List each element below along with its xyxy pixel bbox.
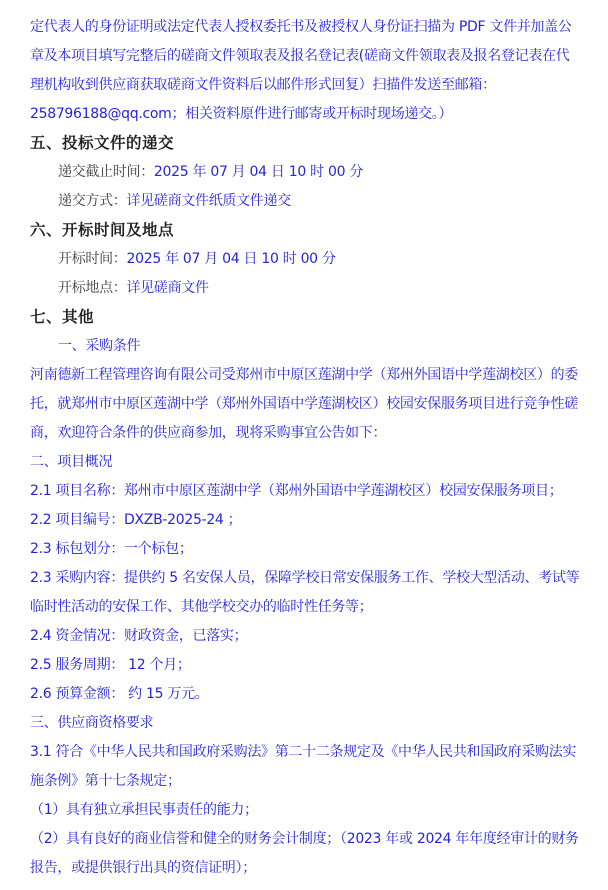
procurement-conditions-line: 河南德新工程管理咨询有限公司受郑州市中原区莲湖中学（郑州外国语中学莲湖校区）的委 [30,361,590,390]
intro-paragraph-line: 理机构收到供应商获取磋商文件资料后以邮件形式回复）扫描件发送至邮箱： [30,71,590,100]
qualification-item-line: （2）具有良好的商业信誉和健全的财务会计制度；（2023 年或 2024 年年度… [30,825,590,854]
procurement-content-item-line: 临时性活动的安保工作、其他学校交办的临时性任务等； [30,593,590,622]
procurement-conditions-line: 商，欢迎符合条件的供应商参加，现将采购事宜公告如下： [30,419,590,448]
lot-division-item: 2.3 标包划分：一个标包； [30,535,590,564]
intro-paragraph-line: 章及本项目填写完整后的磋商文件领取表及报名登记表(磋商文件领取表及报名登记表在代 [30,42,590,71]
submission-deadline-row: 递交截止时间：2025 年 07 月 04 日 10 时 00 分 [30,158,590,187]
intro-paragraph-line: 定代表人的身份证明或法定代表人授权委托书及被授权人身份证扫描为 PDF 文件并加… [30,13,590,42]
section7-heading: 七、其他 [30,303,590,332]
submission-deadline-value: 2025 年 07 月 04 日 10 时 00 分 [154,164,363,180]
supplier-qualification-list: 3.1 符合《中华人民共和国政府采购法》第二十二条规定及《中华人民共和国政府采购… [30,738,590,883]
submission-method-label: 递交方式： [58,193,127,209]
qualification-item-line: 报告，或提供银行出具的资信证明）； [30,854,590,883]
bid-opening-time-value: 2025 年 07 月 04 日 10 时 00 分 [127,251,336,267]
intro-paragraph: 定代表人的身份证明或法定代表人授权委托书及被授权人身份证扫描为 PDF 文件并加… [30,13,590,129]
submission-deadline-label: 递交截止时间： [58,164,154,180]
procurement-announcement-document: 定代表人的身份证明或法定代表人授权委托书及被授权人身份证扫描为 PDF 文件并加… [0,0,608,883]
procurement-conditions-paragraph: 河南德新工程管理咨询有限公司受郑州市中原区莲湖中学（郑州外国语中学莲湖校区）的委… [30,361,590,448]
section6-heading: 六、开标时间及地点 [30,216,590,245]
qualification-item-line: （1）具有独立承担民事责任的能力； [30,796,590,825]
bid-opening-location-label: 开标地点： [58,280,127,296]
bid-opening-time-label: 开标时间： [58,251,127,267]
budget-amount-item: 2.6 预算金额： 约 15 万元。 [30,680,590,709]
submission-method-value: 详见磋商文件纸质文件递交 [127,193,291,209]
supplier-qualification-heading: 三、供应商资格要求 [30,709,590,738]
procurement-conditions-heading: 一、采购条件 [30,332,590,361]
project-number-item: 2.2 项目编号：DXZB-2025-24 ； [30,506,590,535]
project-name-item: 2.1 项目名称：郑州市中原区莲湖中学（郑州外国语中学莲湖校区）校园安保服务项目… [30,477,590,506]
bid-opening-time-row: 开标时间：2025 年 07 月 04 日 10 时 00 分 [30,245,590,274]
procurement-conditions-line: 托，就郑州市中原区莲湖中学（郑州外国语中学莲湖校区）校园安保服务项目进行竞争性磋 [30,390,590,419]
project-overview-list: 2.1 项目名称：郑州市中原区莲湖中学（郑州外国语中学莲湖校区）校园安保服务项目… [30,477,590,709]
service-period-item: 2.5 服务周期： 12 个月； [30,651,590,680]
funding-status-item: 2.4 资金情况：财政资金，已落实； [30,622,590,651]
procurement-content-item-line: 2.3 采购内容：提供约 5 名安保人员，保障学校日常安保服务工作、学校大型活动… [30,564,590,593]
intro-paragraph-line: 258796188@qq.com；相关资料原件进行邮寄或开标时现场递交。） [30,100,590,129]
qualification-item-line: 施条例》第十七条规定； [30,767,590,796]
project-overview-heading: 二、项目概况 [30,448,590,477]
bid-opening-location-row: 开标地点：详见磋商文件 [30,274,590,303]
submission-method-row: 递交方式：详见磋商文件纸质文件递交 [30,187,590,216]
section5-heading: 五、投标文件的递交 [30,129,590,158]
qualification-item-line: 3.1 符合《中华人民共和国政府采购法》第二十二条规定及《中华人民共和国政府采购… [30,738,590,767]
bid-opening-location-value: 详见磋商文件 [127,280,209,296]
